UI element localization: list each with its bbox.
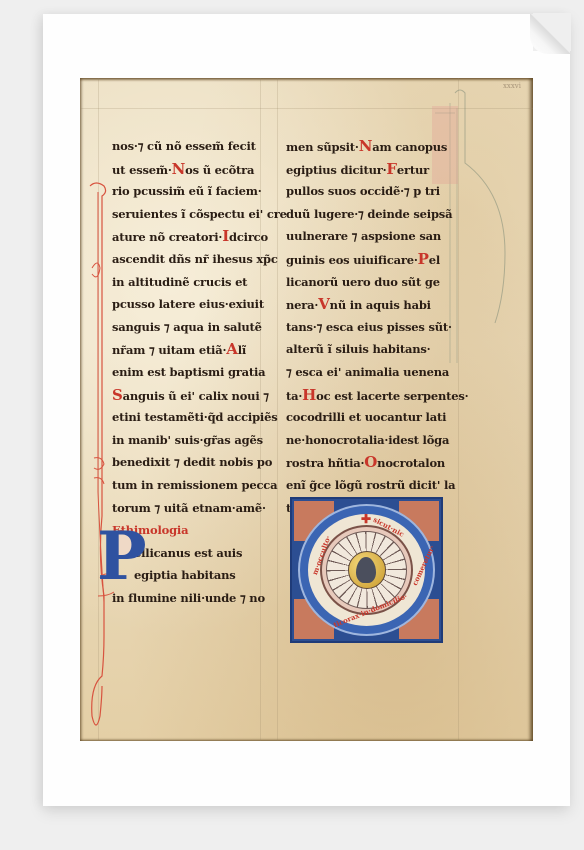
text-line: etini testamẽti·q̃d accipiẽs xyxy=(112,406,262,429)
rubricated-initial: H xyxy=(302,386,316,404)
text-line: rostra hñtia·Onocrotalon xyxy=(286,451,461,474)
text-line: egiptius dicitur·Fertur xyxy=(286,158,461,181)
text-line: guinis eos uiuificare·Pel xyxy=(286,248,461,271)
rubricated-initial: N xyxy=(359,137,373,155)
text-line: rio pcussim̃ eũ ĩ faciem· xyxy=(112,180,262,203)
text-segment: nr̃am ⁊ uitam etiã· xyxy=(112,343,226,357)
text-segment: dcirco xyxy=(229,230,268,244)
owl-icon xyxy=(356,557,376,583)
text-line: men sũpsit·Nam canopus xyxy=(286,135,461,158)
text-segment: ta· xyxy=(286,389,302,403)
text-line: ascendit dñs nr̃ ihesus xp̃c xyxy=(112,248,262,271)
text-line: duũ lugere·⁊ deinde seipsã xyxy=(286,203,461,226)
text-line: tum in remissionem pecca xyxy=(112,474,262,497)
text-line: ut essem̃·Nos ũ ecõtra xyxy=(112,158,262,181)
rubricated-initial: S xyxy=(112,386,123,404)
text-line: nera·Vnũ in aquis habi xyxy=(286,293,461,316)
rubricated-initial: P xyxy=(418,250,429,268)
decorated-initial-p: P xyxy=(97,525,139,587)
text-segment: lĩ xyxy=(238,343,246,357)
text-line: pcusso latere eius·exiuit xyxy=(112,293,262,316)
rubricated-initial: O xyxy=(364,453,377,471)
text-line: ne·honocrotalia·idest lõga xyxy=(286,429,461,452)
text-segment: os ũ ecõtra xyxy=(185,163,254,177)
text-line: cocodrilli et uocantur lati xyxy=(286,406,461,429)
text-line: uulnerare ⁊ aspsione san xyxy=(286,225,461,248)
rubricated-initial: F xyxy=(386,160,396,178)
text-line: ature nõ creatori·Idcirco xyxy=(112,225,262,248)
text-segment: nũ in aquis habi xyxy=(330,298,431,312)
text-segment: nera· xyxy=(286,298,318,312)
manuscript-folio: xxxvi nos·⁊ cũ nõ essem̃ fecit ut essem̃… xyxy=(80,78,533,741)
text-segment: ature nõ creatori· xyxy=(112,230,222,244)
right-text-column: men sũpsit·Nam canopus egiptius dicitur·… xyxy=(286,135,461,519)
text-line: ⁊ esca ei' animalia uenena xyxy=(286,361,461,384)
owl-miniature: ✚ sicut·nic m·occulto· ticorax·in·domici… xyxy=(290,497,443,643)
text-segment: nocrotalon xyxy=(377,456,445,470)
rubricated-initial: A xyxy=(226,340,237,358)
text-segment: egiptius dicitur· xyxy=(286,163,386,177)
rubricated-initial: V xyxy=(318,295,329,313)
text-segment: ertur xyxy=(397,163,429,177)
text-segment: am canopus xyxy=(372,140,447,154)
text-segment: ut essem̃· xyxy=(112,163,172,177)
text-line: enim est baptismi gratia xyxy=(112,361,262,384)
text-line: tans·⁊ esca eius pisses sũt· xyxy=(286,316,461,339)
text-segment: rostra hñtia· xyxy=(286,456,364,470)
text-segment: el xyxy=(429,253,440,267)
text-line: in manib' suis·gr̃as agẽs xyxy=(112,429,262,452)
text-line: sanguis ⁊ aqua in salutẽ xyxy=(112,316,262,339)
text-line: pullos suos occidẽ·⁊ p tri xyxy=(286,180,461,203)
ruling-line xyxy=(277,78,278,741)
text-line: nr̃am ⁊ uitam etiã·Alĩ xyxy=(112,338,262,361)
text-segment: guinis eos uiuificare· xyxy=(286,253,418,267)
page-curl-icon xyxy=(530,14,570,54)
text-line: ta·Hoc est lacerte serpentes· xyxy=(286,384,461,407)
text-line: torum ⁊ uitã etnam·amẽ· xyxy=(112,497,262,520)
cross-icon: ✚ xyxy=(361,513,371,525)
rubricated-initial: N xyxy=(172,160,186,178)
text-line: nos·⁊ cũ nõ essem̃ fecit xyxy=(112,135,262,158)
text-line: benedixit ⁊ dedit nobis po xyxy=(112,451,262,474)
text-segment: oc est lacerte serpentes· xyxy=(316,389,468,403)
text-segment: men sũpsit· xyxy=(286,140,359,154)
text-line: alterũ ĩ siluis habitans· xyxy=(286,338,461,361)
text-line: enĩ g̃ce lõgũ rostrũ dicit' la xyxy=(286,474,461,497)
text-segment: anguis ũ ei' calix noui ⁊ xyxy=(123,389,269,403)
rubricated-initial: I xyxy=(222,227,229,245)
text-line: Sanguis ũ ei' calix noui ⁊ xyxy=(112,384,262,407)
text-line: licanorũ uero duo sũt ge xyxy=(286,271,461,294)
text-line: seruientes ĩ cõspectu ei' cre xyxy=(112,203,262,226)
text-line: in altitudinẽ crucis et xyxy=(112,271,262,294)
